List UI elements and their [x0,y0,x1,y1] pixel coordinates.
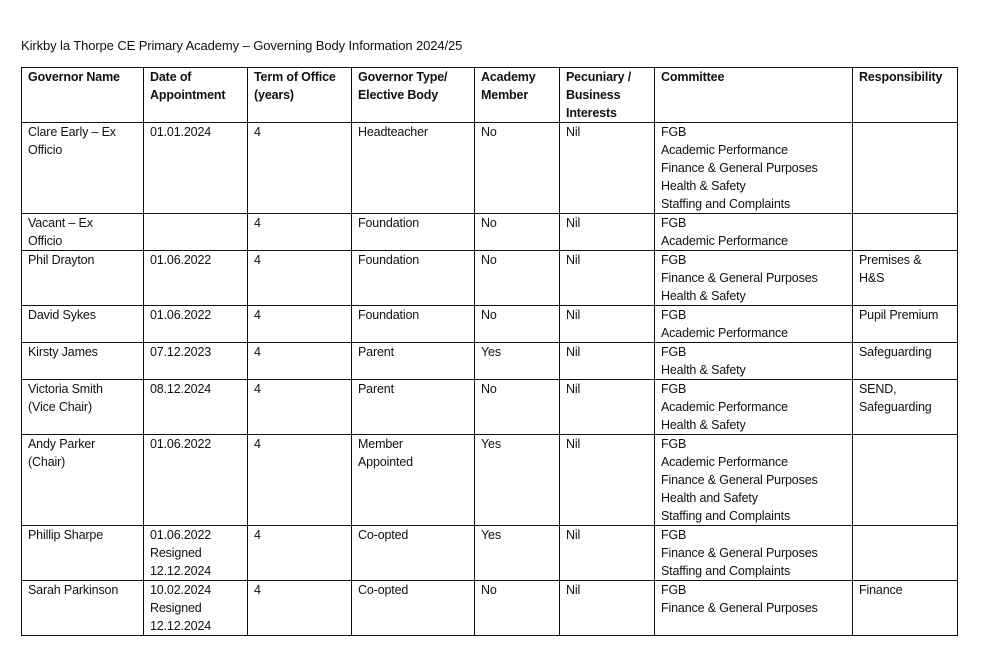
appointment-date-cell: 07.12.2023 [144,343,248,380]
header-text: Governor Type/ [358,68,468,86]
governing-body-table: Governor NameDate ofAppointmentTerm of O… [21,67,958,636]
governor-type-cell: MemberAppointed [352,435,475,526]
cell-text: Co-opted [358,581,468,599]
cell-text: Kirsty James [28,343,137,361]
responsibility-cell: Safeguarding [853,343,958,380]
header-text: Responsibility [859,68,951,86]
header-governor-name: Governor Name [22,68,144,123]
cell-text: Officio [28,232,137,250]
cell-text: FGB [661,380,846,398]
cell-text: Finance & General Purposes [661,269,846,287]
governor-name-cell: Clare Early – ExOfficio [22,123,144,214]
cell-text: Academic Performance [661,324,846,342]
academy-member-cell: No [475,306,560,343]
cell-text: Health & Safety [661,177,846,195]
cell-text: FGB [661,214,846,232]
appointment-date-cell: 01.06.2022Resigned12.12.2024 [144,526,248,581]
term-cell: 4 [248,251,352,306]
cell-text: Resigned [150,544,241,562]
table-row: David Sykes01.06.20224FoundationNoNilFGB… [22,306,958,343]
header-academy-member: AcademyMember [475,68,560,123]
governor-type-cell: Foundation [352,306,475,343]
interests-cell: Nil [560,306,655,343]
cell-text: SEND, [859,380,951,398]
cell-text: Foundation [358,306,468,324]
cell-text: 12.12.2024 [150,562,241,580]
academy-member-cell: No [475,380,560,435]
governor-name-cell: Vacant – ExOfficio [22,214,144,251]
interests-cell: Nil [560,380,655,435]
cell-text: Vacant – Ex [28,214,137,232]
header-text: Term of Office [254,68,345,86]
cell-text: 4 [254,306,345,324]
responsibility-cell [853,526,958,581]
cell-text: Parent [358,380,468,398]
cell-text: 01.06.2022 [150,306,241,324]
table-body: Clare Early – ExOfficio01.01.20244Headte… [22,123,958,636]
appointment-date-cell: 01.06.2022 [144,435,248,526]
cell-text: Safeguarding [859,343,951,361]
cell-text: 4 [254,251,345,269]
cell-text: Phil Drayton [28,251,137,269]
governor-type-cell: Co-opted [352,581,475,636]
committee-cell: FGBFinance & General PurposesHealth & Sa… [655,251,853,306]
cell-text: No [481,380,553,398]
cell-text: Nil [566,343,648,361]
cell-text: Nil [566,306,648,324]
header-text: Business [566,86,648,104]
header-text: (years) [254,86,345,104]
academy-member-cell: No [475,123,560,214]
committee-cell: FGBAcademic PerformanceHealth & Safety [655,380,853,435]
cell-text: H&S [859,269,951,287]
term-cell: 4 [248,343,352,380]
cell-text: Andy Parker [28,435,137,453]
cell-text: FGB [661,343,846,361]
academy-member-cell: No [475,214,560,251]
interests-cell: Nil [560,581,655,636]
cell-text: No [481,123,553,141]
term-cell: 4 [248,214,352,251]
cell-text: No [481,306,553,324]
cell-text: Foundation [358,251,468,269]
academy-member-cell: No [475,251,560,306]
cell-text: FGB [661,581,846,599]
cell-text: Health & Safety [661,287,846,305]
cell-text: Clare Early – Ex [28,123,137,141]
header-text: Elective Body [358,86,468,104]
table-row: Vacant – ExOfficio4FoundationNoNilFGBAca… [22,214,958,251]
interests-cell: Nil [560,435,655,526]
cell-text: Finance & General Purposes [661,471,846,489]
cell-text: 4 [254,380,345,398]
table-row: Victoria Smith(Vice Chair)08.12.20244Par… [22,380,958,435]
responsibility-cell [853,435,958,526]
governor-type-cell: Parent [352,343,475,380]
cell-text: Yes [481,526,553,544]
cell-text: Nil [566,380,648,398]
cell-text: Academic Performance [661,232,846,250]
cell-text: 01.06.2022 [150,251,241,269]
term-cell: 4 [248,123,352,214]
cell-text: Finance [859,581,951,599]
governor-name-cell: David Sykes [22,306,144,343]
cell-text: 4 [254,435,345,453]
cell-text: Foundation [358,214,468,232]
committee-cell: FGBFinance & General PurposesStaffing an… [655,526,853,581]
cell-text: Phillip Sharpe [28,526,137,544]
governor-type-cell: Parent [352,380,475,435]
cell-text: Health & Safety [661,416,846,434]
cell-text: FGB [661,435,846,453]
cell-text: Nil [566,526,648,544]
responsibility-cell [853,123,958,214]
header-governor-type: Governor Type/Elective Body [352,68,475,123]
table-row: Phillip Sharpe01.06.2022Resigned12.12.20… [22,526,958,581]
appointment-date-cell: 01.06.2022 [144,306,248,343]
cell-text: Victoria Smith [28,380,137,398]
cell-text: 01.06.2022 [150,435,241,453]
cell-text: Finance & General Purposes [661,599,846,617]
governor-name-cell: Phillip Sharpe [22,526,144,581]
cell-text: Nil [566,581,648,599]
appointment-date-cell: 01.06.2022 [144,251,248,306]
cell-text: Academic Performance [661,141,846,159]
cell-text: FGB [661,251,846,269]
term-cell: 4 [248,306,352,343]
governor-name-cell: Sarah Parkinson [22,581,144,636]
cell-text: Sarah Parkinson [28,581,137,599]
header-term-of-office: Term of Office(years) [248,68,352,123]
cell-text: 10.02.2024 [150,581,241,599]
academy-member-cell: No [475,581,560,636]
interests-cell: Nil [560,343,655,380]
governor-name-cell: Kirsty James [22,343,144,380]
responsibility-cell [853,214,958,251]
responsibility-cell: Premises &H&S [853,251,958,306]
cell-text: Health & Safety [661,361,846,379]
academy-member-cell: Yes [475,435,560,526]
cell-text: Health and Safety [661,489,846,507]
cell-text: 4 [254,343,345,361]
cell-text: Staffing and Complaints [661,562,846,580]
committee-cell: FGBAcademic PerformanceFinance & General… [655,435,853,526]
cell-text: FGB [661,526,846,544]
cell-text: 4 [254,581,345,599]
governor-name-cell: Victoria Smith(Vice Chair) [22,380,144,435]
governor-type-cell: Foundation [352,214,475,251]
interests-cell: Nil [560,251,655,306]
cell-text: Safeguarding [859,398,951,416]
appointment-date-cell: 08.12.2024 [144,380,248,435]
cell-text: 07.12.2023 [150,343,241,361]
cell-text: 01.01.2024 [150,123,241,141]
committee-cell: FGBAcademic PerformanceFinance & General… [655,123,853,214]
cell-text: FGB [661,123,846,141]
cell-text: Yes [481,343,553,361]
header-text: Member [481,86,553,104]
governor-type-cell: Co-opted [352,526,475,581]
cell-text: Member [358,435,468,453]
document-title: Kirkby la Thorpe CE Primary Academy – Go… [21,37,462,55]
cell-text: Nil [566,214,648,232]
header-text: Pecuniary / [566,68,648,86]
header-date-of-appointment: Date ofAppointment [144,68,248,123]
cell-text: No [481,214,553,232]
cell-text: Co-opted [358,526,468,544]
header-committee: Committee [655,68,853,123]
appointment-date-cell [144,214,248,251]
responsibility-cell: Finance [853,581,958,636]
table-row: Sarah Parkinson10.02.2024Resigned12.12.2… [22,581,958,636]
table-row: Kirsty James07.12.20234ParentYesNilFGBHe… [22,343,958,380]
table-header-row: Governor NameDate ofAppointmentTerm of O… [22,68,958,123]
header-text: Academy [481,68,553,86]
header-text: Appointment [150,86,241,104]
cell-text: Finance & General Purposes [661,544,846,562]
cell-text: Nil [566,251,648,269]
term-cell: 4 [248,581,352,636]
cell-text: 4 [254,123,345,141]
academy-member-cell: Yes [475,526,560,581]
cell-text: Parent [358,343,468,361]
cell-text: No [481,251,553,269]
appointment-date-cell: 10.02.2024Resigned12.12.2024 [144,581,248,636]
cell-text: Resigned [150,599,241,617]
governor-type-cell: Headteacher [352,123,475,214]
table-row: Phil Drayton01.06.20224FoundationNoNilFG… [22,251,958,306]
cell-text: Pupil Premium [859,306,951,324]
cell-text: Staffing and Complaints [661,507,846,525]
cell-text: 08.12.2024 [150,380,241,398]
cell-text: 4 [254,526,345,544]
cell-text: Academic Performance [661,398,846,416]
governor-name-cell: Andy Parker(Chair) [22,435,144,526]
appointment-date-cell: 01.01.2024 [144,123,248,214]
cell-text: (Chair) [28,453,137,471]
cell-text: Nil [566,123,648,141]
cell-text: Staffing and Complaints [661,195,846,213]
cell-text: 4 [254,214,345,232]
cell-text: (Vice Chair) [28,398,137,416]
interests-cell: Nil [560,526,655,581]
governor-type-cell: Foundation [352,251,475,306]
header-responsibility: Responsibility [853,68,958,123]
cell-text: Officio [28,141,137,159]
cell-text: No [481,581,553,599]
header-text: Governor Name [28,68,137,86]
header-text: Interests [566,104,648,122]
cell-text: Headteacher [358,123,468,141]
cell-text: Yes [481,435,553,453]
header-pecuniary-interests: Pecuniary /BusinessInterests [560,68,655,123]
table-row: Clare Early – ExOfficio01.01.20244Headte… [22,123,958,214]
term-cell: 4 [248,526,352,581]
responsibility-cell: Pupil Premium [853,306,958,343]
interests-cell: Nil [560,214,655,251]
responsibility-cell: SEND,Safeguarding [853,380,958,435]
academy-member-cell: Yes [475,343,560,380]
header-text: Committee [661,68,846,86]
table-row: Andy Parker(Chair)01.06.20224MemberAppoi… [22,435,958,526]
cell-text: Nil [566,435,648,453]
committee-cell: FGBAcademic Performance [655,214,853,251]
term-cell: 4 [248,435,352,526]
interests-cell: Nil [560,123,655,214]
cell-text: 12.12.2024 [150,617,241,635]
header-text: Date of [150,68,241,86]
cell-text: FGB [661,306,846,324]
cell-text: 01.06.2022 [150,526,241,544]
committee-cell: FGBFinance & General Purposes [655,581,853,636]
cell-text: Premises & [859,251,951,269]
cell-text: Academic Performance [661,453,846,471]
governor-name-cell: Phil Drayton [22,251,144,306]
cell-text: David Sykes [28,306,137,324]
committee-cell: FGBAcademic Performance [655,306,853,343]
term-cell: 4 [248,380,352,435]
cell-text: Finance & General Purposes [661,159,846,177]
committee-cell: FGBHealth & Safety [655,343,853,380]
cell-text: Appointed [358,453,468,471]
